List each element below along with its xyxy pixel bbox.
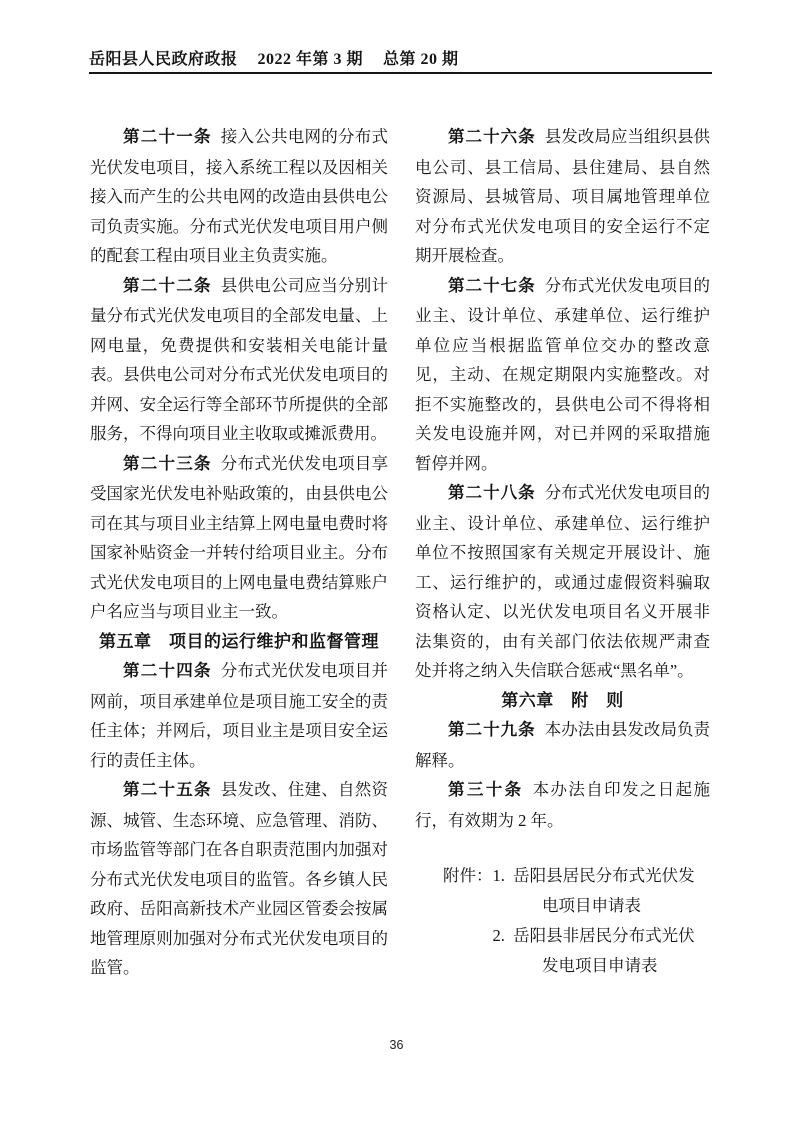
attachment-items: 1.岳阳县居民分布式光伏发电项目申请表 2.岳阳县非居民分布式光伏发电项目申请表 <box>493 861 711 981</box>
article-24: 第二十四条分布式光伏发电项目并网前，项目承建单位是项目施工安全的责任主体；并网后… <box>90 656 388 775</box>
left-column: 第二十一条接入公共电网的分布式光伏发电项目，接入系统工程以及因相关接入而产生的公… <box>90 122 388 983</box>
two-column-body: 第二十一条接入公共电网的分布式光伏发电项目，接入系统工程以及因相关接入而产生的公… <box>90 122 710 983</box>
chapter-5-heading: 第五章 项目的运行维护和监督管理 <box>90 627 388 657</box>
attachment-label: 附件： <box>443 861 493 981</box>
attachment-item-2-text: 岳阳县非居民分布式光伏发电项目申请表 <box>513 926 695 975</box>
article-21: 第二十一条接入公共电网的分布式光伏发电项目，接入系统工程以及因相关接入而产生的公… <box>90 122 388 271</box>
article-25-number: 第二十五条 <box>123 781 212 799</box>
gazette-page: 岳阳县人民政府政报2022 年第 3 期总第 20 期 第二十一条接入公共电网的… <box>0 0 793 1122</box>
article-25-text: 县发改、住建、自然资源、城管、生态环境、应急管理、消防、市场监管等部门在各自职责… <box>90 780 388 977</box>
article-26-number: 第二十六条 <box>448 128 536 146</box>
attachment-item-1-text: 岳阳县居民分布式光伏发电项目申请表 <box>513 866 695 915</box>
article-28-text: 分布式光伏发电项目的业主、设计单位、承建单位、运行维护单位不按照国家有关规定开展… <box>415 483 710 680</box>
page-number: 36 <box>390 1038 404 1052</box>
attachment-list: 附件： 1.岳阳县居民分布式光伏发电项目申请表 2.岳阳县非居民分布式光伏发电项… <box>443 861 710 981</box>
article-27-text: 分布式光伏发电项目的业主、设计单位、承建单位、运行维护单位应当根据监管单位交办的… <box>415 276 710 473</box>
article-25: 第二十五条县发改、住建、自然资源、城管、生态环境、应急管理、消防、市场监管等部门… <box>90 775 388 983</box>
volume-number: 总第 20 期 <box>383 51 459 68</box>
article-26-text: 县发改局应当组织县供电公司、县工信局、县住建局、县自然资源局、县城管局、项目属地… <box>415 127 710 265</box>
article-24-number: 第二十四条 <box>123 662 212 680</box>
article-27-number: 第二十七条 <box>448 277 536 295</box>
issue-number: 2022 年第 3 期 <box>258 51 364 68</box>
article-27: 第二十七条分布式光伏发电项目的业主、设计单位、承建单位、运行维护单位应当根据监管… <box>415 271 710 479</box>
attachment-item-2: 2.岳阳县非居民分布式光伏发电项目申请表 <box>493 921 711 981</box>
article-23-number: 第二十三条 <box>123 455 212 473</box>
article-29: 第二十九条本办法由县发改局负责解释。 <box>415 715 710 775</box>
publication-title: 岳阳县人民政府政报 <box>89 51 238 68</box>
article-26: 第二十六条县发改局应当组织县供电公司、县工信局、县住建局、县自然资源局、县城管局… <box>415 122 710 271</box>
attachment-item-1-number: 1. <box>493 866 505 885</box>
page-footer: 36 <box>0 1036 793 1054</box>
article-22: 第二十二条县供电公司应当分别计量分布式光伏发电项目的全部发电量、上网电量，免费提… <box>90 271 388 449</box>
chapter-6-heading: 第六章 附 则 <box>415 686 710 716</box>
article-22-number: 第二十二条 <box>123 277 212 295</box>
article-23-text: 分布式光伏发电项目享受国家光伏发电补贴政策的，由县供电公司在其与项目业主结算上网… <box>90 454 388 622</box>
article-21-number: 第二十一条 <box>123 128 212 146</box>
right-column: 第二十六条县发改局应当组织县供电公司、县工信局、县住建局、县自然资源局、县城管局… <box>415 122 710 983</box>
attachment-item-1: 1.岳阳县居民分布式光伏发电项目申请表 <box>493 861 711 921</box>
article-21-text: 接入公共电网的分布式光伏发电项目，接入系统工程以及因相关接入而产生的公共电网的改… <box>90 127 388 265</box>
running-head: 岳阳县人民政府政报2022 年第 3 期总第 20 期 <box>89 50 712 74</box>
article-30-number: 第三十条 <box>448 781 524 799</box>
article-30: 第三十条本办法自印发之日起施行，有效期为 2 年。 <box>415 775 710 835</box>
article-22-text: 县供电公司应当分别计量分布式光伏发电项目的全部发电量、上网电量，免费提供和安装相… <box>90 276 388 444</box>
article-29-number: 第二十九条 <box>448 721 536 739</box>
article-23: 第二十三条分布式光伏发电项目享受国家光伏发电补贴政策的，由县供电公司在其与项目业… <box>90 449 388 627</box>
attachment-item-2-number: 2. <box>493 926 505 945</box>
article-28-number: 第二十八条 <box>448 484 536 502</box>
article-28: 第二十八条分布式光伏发电项目的业主、设计单位、承建单位、运行维护单位不按照国家有… <box>415 478 710 686</box>
